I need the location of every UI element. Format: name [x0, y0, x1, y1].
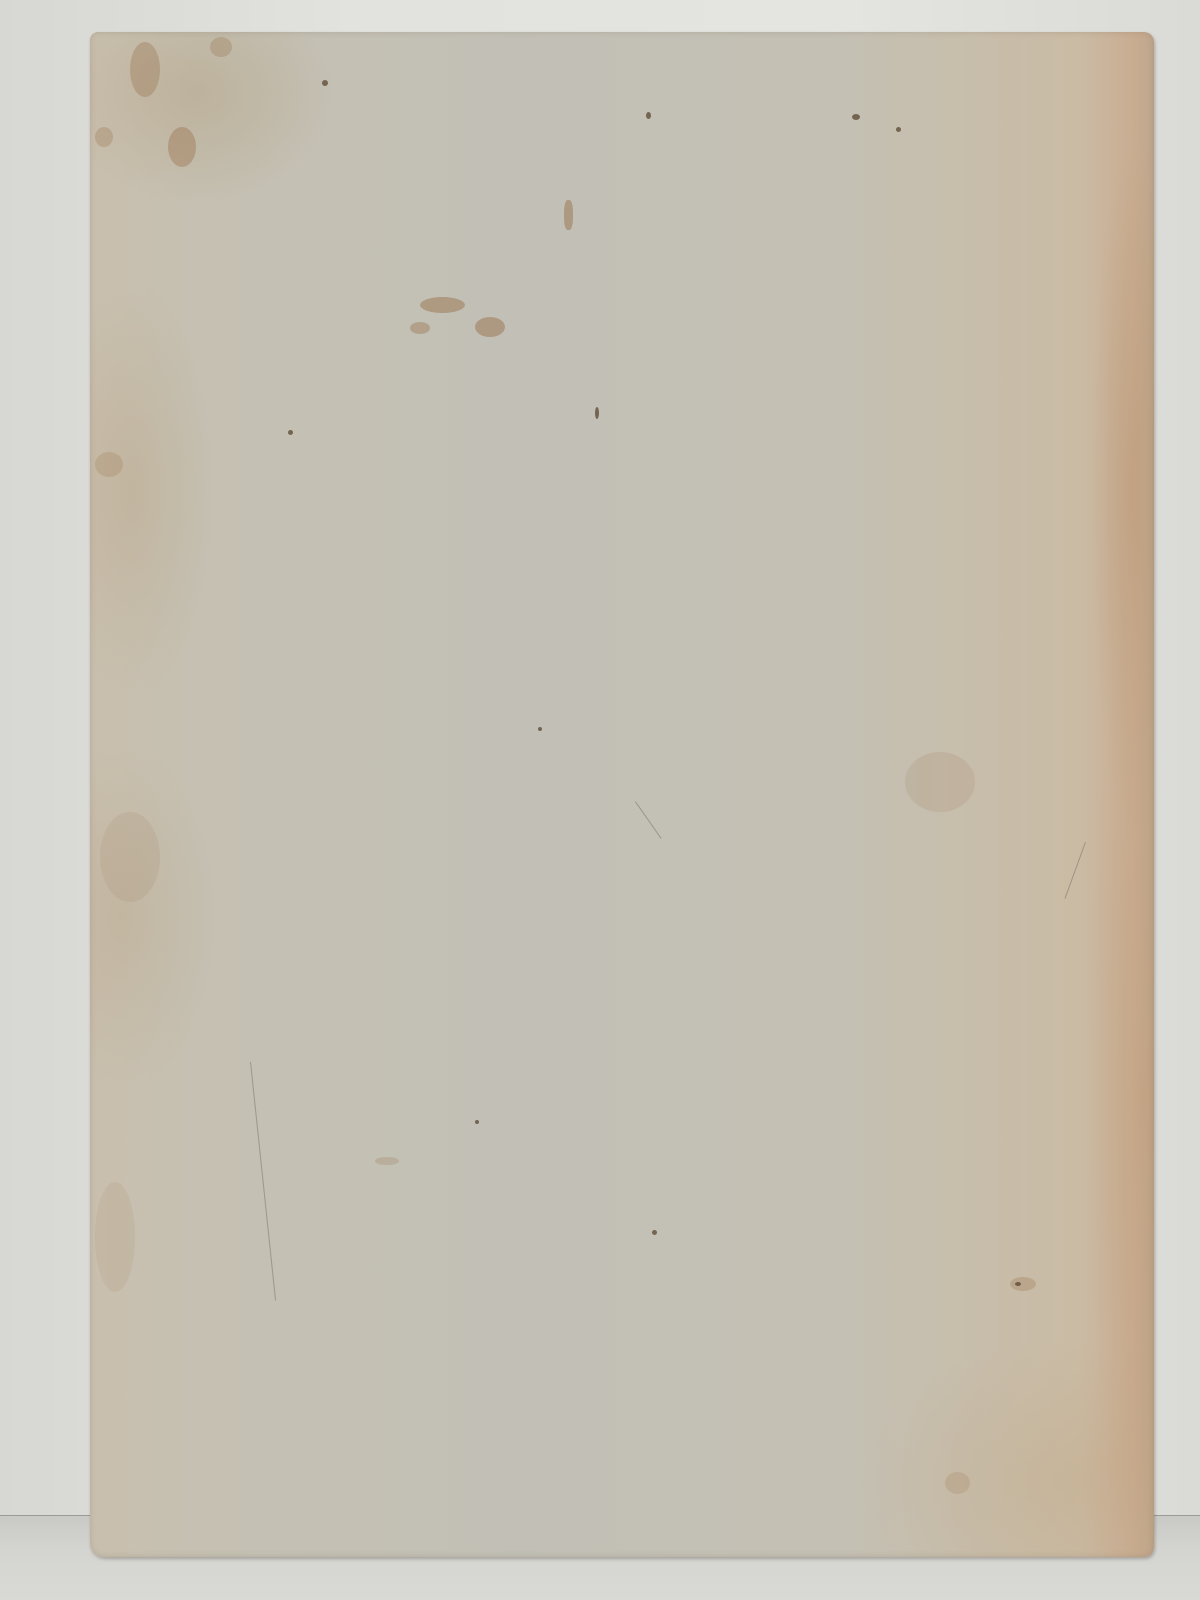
speck	[288, 430, 293, 435]
speck	[652, 1230, 657, 1235]
stain	[905, 752, 975, 812]
speck	[475, 1120, 479, 1124]
stain	[375, 1157, 399, 1165]
stain	[95, 1182, 135, 1292]
speck	[896, 127, 901, 132]
speck	[322, 80, 328, 86]
scratch	[1064, 842, 1085, 899]
speck	[538, 727, 542, 731]
speck	[646, 112, 651, 119]
stain	[95, 452, 123, 477]
stain	[100, 812, 160, 902]
stain	[475, 317, 505, 337]
speck	[595, 407, 599, 419]
stain	[945, 1472, 970, 1494]
speck	[852, 114, 860, 120]
stain	[95, 127, 113, 147]
stain	[564, 200, 573, 230]
scratch	[250, 1062, 276, 1301]
stain	[168, 127, 196, 167]
stain	[1010, 1277, 1036, 1291]
scratch	[635, 801, 662, 838]
stain	[210, 37, 232, 57]
stain	[420, 297, 465, 313]
speck	[1015, 1282, 1021, 1286]
stain	[130, 42, 160, 97]
book-back-cover	[90, 32, 1154, 1557]
stain	[410, 322, 430, 334]
